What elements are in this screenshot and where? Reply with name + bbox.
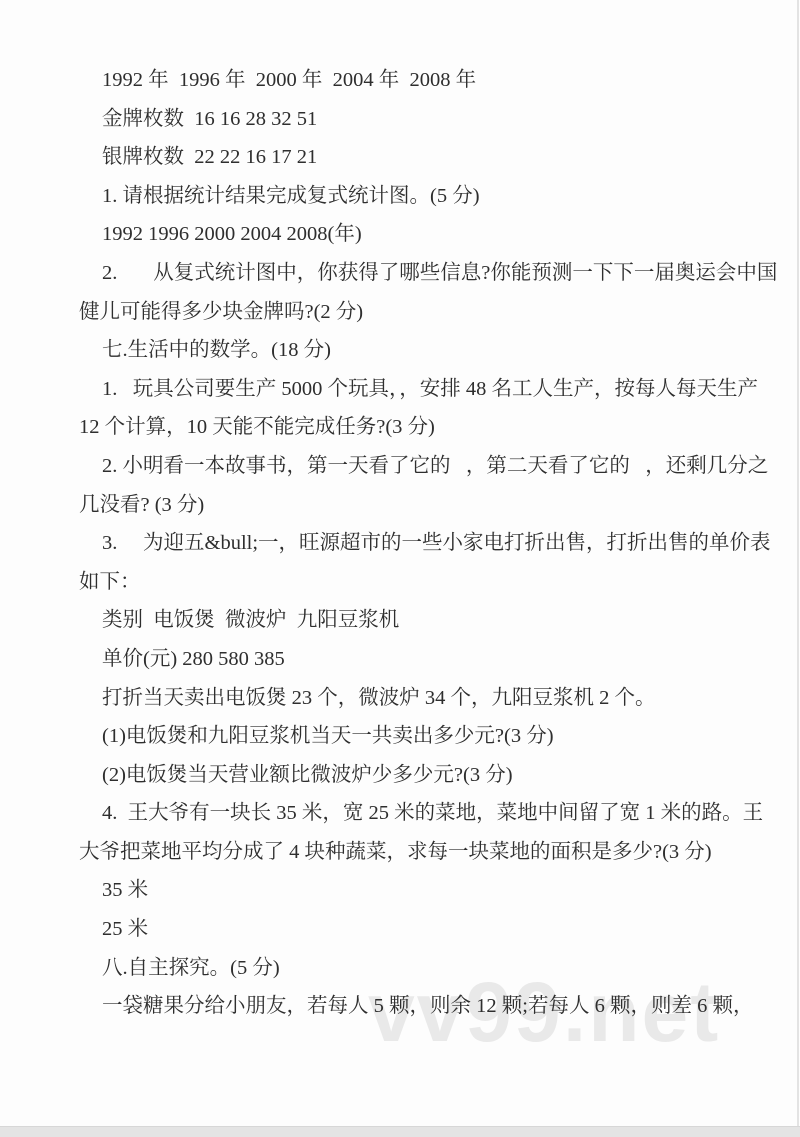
text-line: (1)电饭煲和九阳豆浆机当天一共卖出多少元?(3 分) xyxy=(0,717,800,756)
text-line: (2)电饭煲当天营业额比微波炉少多少元?(3 分) xyxy=(0,756,800,795)
text-line: 2. 从复式统计图中，你获得了哪些信息?你能预测一下下一届奥运会中国 xyxy=(0,254,800,293)
text-line: 七.生活中的数学。(18 分) xyxy=(0,331,800,370)
text-line: 打折当天卖出电饭煲 23 个，微波炉 34 个，九阳豆浆机 2 个。 xyxy=(0,679,800,718)
text-line: 一袋糖果分给小朋友，若每人 5 颗，则余 12 颗;若每人 6 颗，则差 6 颗… xyxy=(0,987,800,1026)
text-line: 单价(元) 280 580 385 xyxy=(0,640,800,679)
text-line: 12 个计算，10 天能不能完成任务?(3 分) xyxy=(0,408,800,447)
text-line: 35 米 xyxy=(0,871,800,910)
text-line: 大爷把菜地平均分成了 4 块种蔬菜，求每一块菜地的面积是多少?(3 分) xyxy=(0,833,800,872)
text-line: 1. 玩具公司要生产 5000 个玩具，，安排 48 名工人生产，按每人每天生产 xyxy=(0,370,800,409)
text-line: 如下： xyxy=(0,563,800,602)
text-line: 1992 1996 2000 2004 2008(年) xyxy=(0,215,800,254)
document-body: 1992 年 1996 年 2000 年 2004 年 2008 年金牌枚数 1… xyxy=(0,61,800,1026)
text-line: 金牌枚数 16 16 28 32 51 xyxy=(0,100,800,139)
text-line: 银牌枚数 22 22 16 17 21 xyxy=(0,138,800,177)
text-line: 2. 小明看一本故事书，第一天看了它的 ，第二天看了它的 ，还剩几分之 xyxy=(0,447,800,486)
page-bottom-bar xyxy=(0,1126,800,1137)
text-line: 健儿可能得多少块金牌吗?(2 分) xyxy=(0,293,800,332)
document-page: vv99.net 1992 年 1996 年 2000 年 2004 年 200… xyxy=(0,0,800,1137)
text-line: 八.自主探究。(5 分) xyxy=(0,949,800,988)
text-line: 1. 请根据统计结果完成复式统计图。(5 分) xyxy=(0,177,800,216)
text-line: 1992 年 1996 年 2000 年 2004 年 2008 年 xyxy=(0,61,800,100)
text-line: 4. 王大爷有一块长 35 米，宽 25 米的菜地，菜地中间留了宽 1 米的路。… xyxy=(0,794,800,833)
text-line: 3. 为迎五&bull;一，旺源超市的一些小家电打折出售，打折出售的单价表 xyxy=(0,524,800,563)
text-line: 几没看? (3 分) xyxy=(0,486,800,525)
page-right-edge-line xyxy=(797,0,799,1137)
text-line: 25 米 xyxy=(0,910,800,949)
text-line: 类别 电饭煲 微波炉 九阳豆浆机 xyxy=(0,601,800,640)
